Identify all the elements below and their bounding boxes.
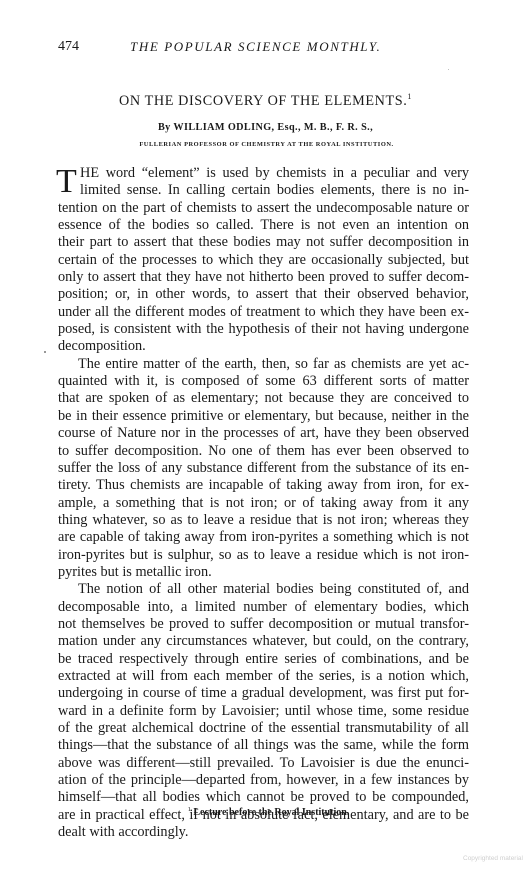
text-line: pyrites but is metallic iron. [58,564,469,581]
text-line: to suffer decomposition. No one of them … [58,443,469,460]
drop-cap: T [56,166,77,198]
text-line: not themselves be proved to suffer decom… [58,616,469,633]
text-line: be traced respectively through entire se… [58,651,469,668]
text-line: be in their essence primitive or element… [58,408,469,425]
article-title-text: ON THE DISCOVERY OF THE ELEMENTS. [119,93,407,109]
footnote: 1 Lecture before the Royal Institution. [0,806,525,818]
scan-speck [448,69,449,70]
text-line: decomposable into, a limited number of e… [58,599,469,616]
text-line: essence of the bodies so called. There i… [58,217,469,234]
text-line: position; or, in other words, to assert … [58,286,469,303]
journal-title: THE POPULAR SCIENCE MONTHLY. [130,39,381,55]
text-line: under all the different modes of treatme… [58,304,469,321]
text-line: himself—that all bodies which cannot be … [58,789,469,806]
text-line: The entire matter of the earth, then, so… [58,356,469,373]
text-line: ward in a definite form by Lavoisier; un… [58,703,469,720]
scanned-page: 474 THE POPULAR SCIENCE MONTHLY. ON THE … [0,0,525,876]
text-line: mation under any circumstances whatever,… [58,633,469,650]
text-line: certain of the processes to which they a… [58,252,469,269]
text-line: of the great alchemical doctrine of the … [58,720,469,737]
text-line: thing whatever, so as to leave a residue… [58,512,469,529]
text-line: ample, a something that is not iron; or … [58,495,469,512]
text-line: above was different—still prevailed. To … [58,755,469,772]
text-line: that are spoken of as elementary; not be… [58,390,469,407]
text-line: are capable of taking away from iron-pyr… [58,529,469,546]
page-number: 474 [58,39,79,55]
text-line: The notion of all other material bodies … [58,581,469,598]
title-footnote-marker: 1 [407,92,412,101]
copyright-watermark: Copyrighted material [463,855,523,862]
text-line: course of Nature nor in the processes of… [58,425,469,442]
text-line: dealt with accordingly. [58,824,469,841]
text-line: only to assert that they have not hither… [58,269,469,286]
text-line: tirety. Thus chemists are incapable of t… [58,477,469,494]
text-line: iron-pyrites but is sulphur, so as to le… [58,547,469,564]
text-line: quainted with it, is composed of some 63… [58,373,469,390]
paragraph-1: T HE word “element” is used by chemists … [58,165,469,356]
article-body: T HE word “element” is used by chemists … [58,165,469,841]
text-line: ation of the principle—departed from, ho… [58,772,469,789]
article-title: ON THE DISCOVERY OF THE ELEMENTS.1 [0,92,525,110]
text-line: things—that the substance of all things … [58,737,469,754]
paragraph-3: The notion of all other material bodies … [58,581,469,841]
footnote-text: Lecture before the Royal Institution. [193,807,349,818]
text-line: their part to assert that these bodies m… [58,234,469,251]
text-line: decomposition. [58,338,469,355]
text-line: extracted at will from each member of th… [58,668,469,685]
author-affiliation: FULLERIAN PROFESSOR OF CHEMISTRY AT THE … [0,141,525,148]
text-line: tention on the part of chemists to asser… [58,200,469,217]
running-head: 474 THE POPULAR SCIENCE MONTHLY. [58,39,468,57]
text-line: suffer the loss of any substance differe… [58,460,469,477]
text-line: undergoing in course of time a gradual d… [58,685,469,702]
text-line: limited sense. In calling certain bodies… [58,182,469,199]
text-line: HE word “element” is used by chemists in… [58,165,469,182]
footnote-marker: 1 [188,806,191,813]
author-byline: By WILLIAM ODLING, Esq., M. B., F. R. S.… [0,122,525,133]
paragraph-2: The entire matter of the earth, then, so… [58,356,469,581]
scan-speck [44,351,46,353]
text-line: posed, is consistent with the hypothesis… [58,321,469,338]
